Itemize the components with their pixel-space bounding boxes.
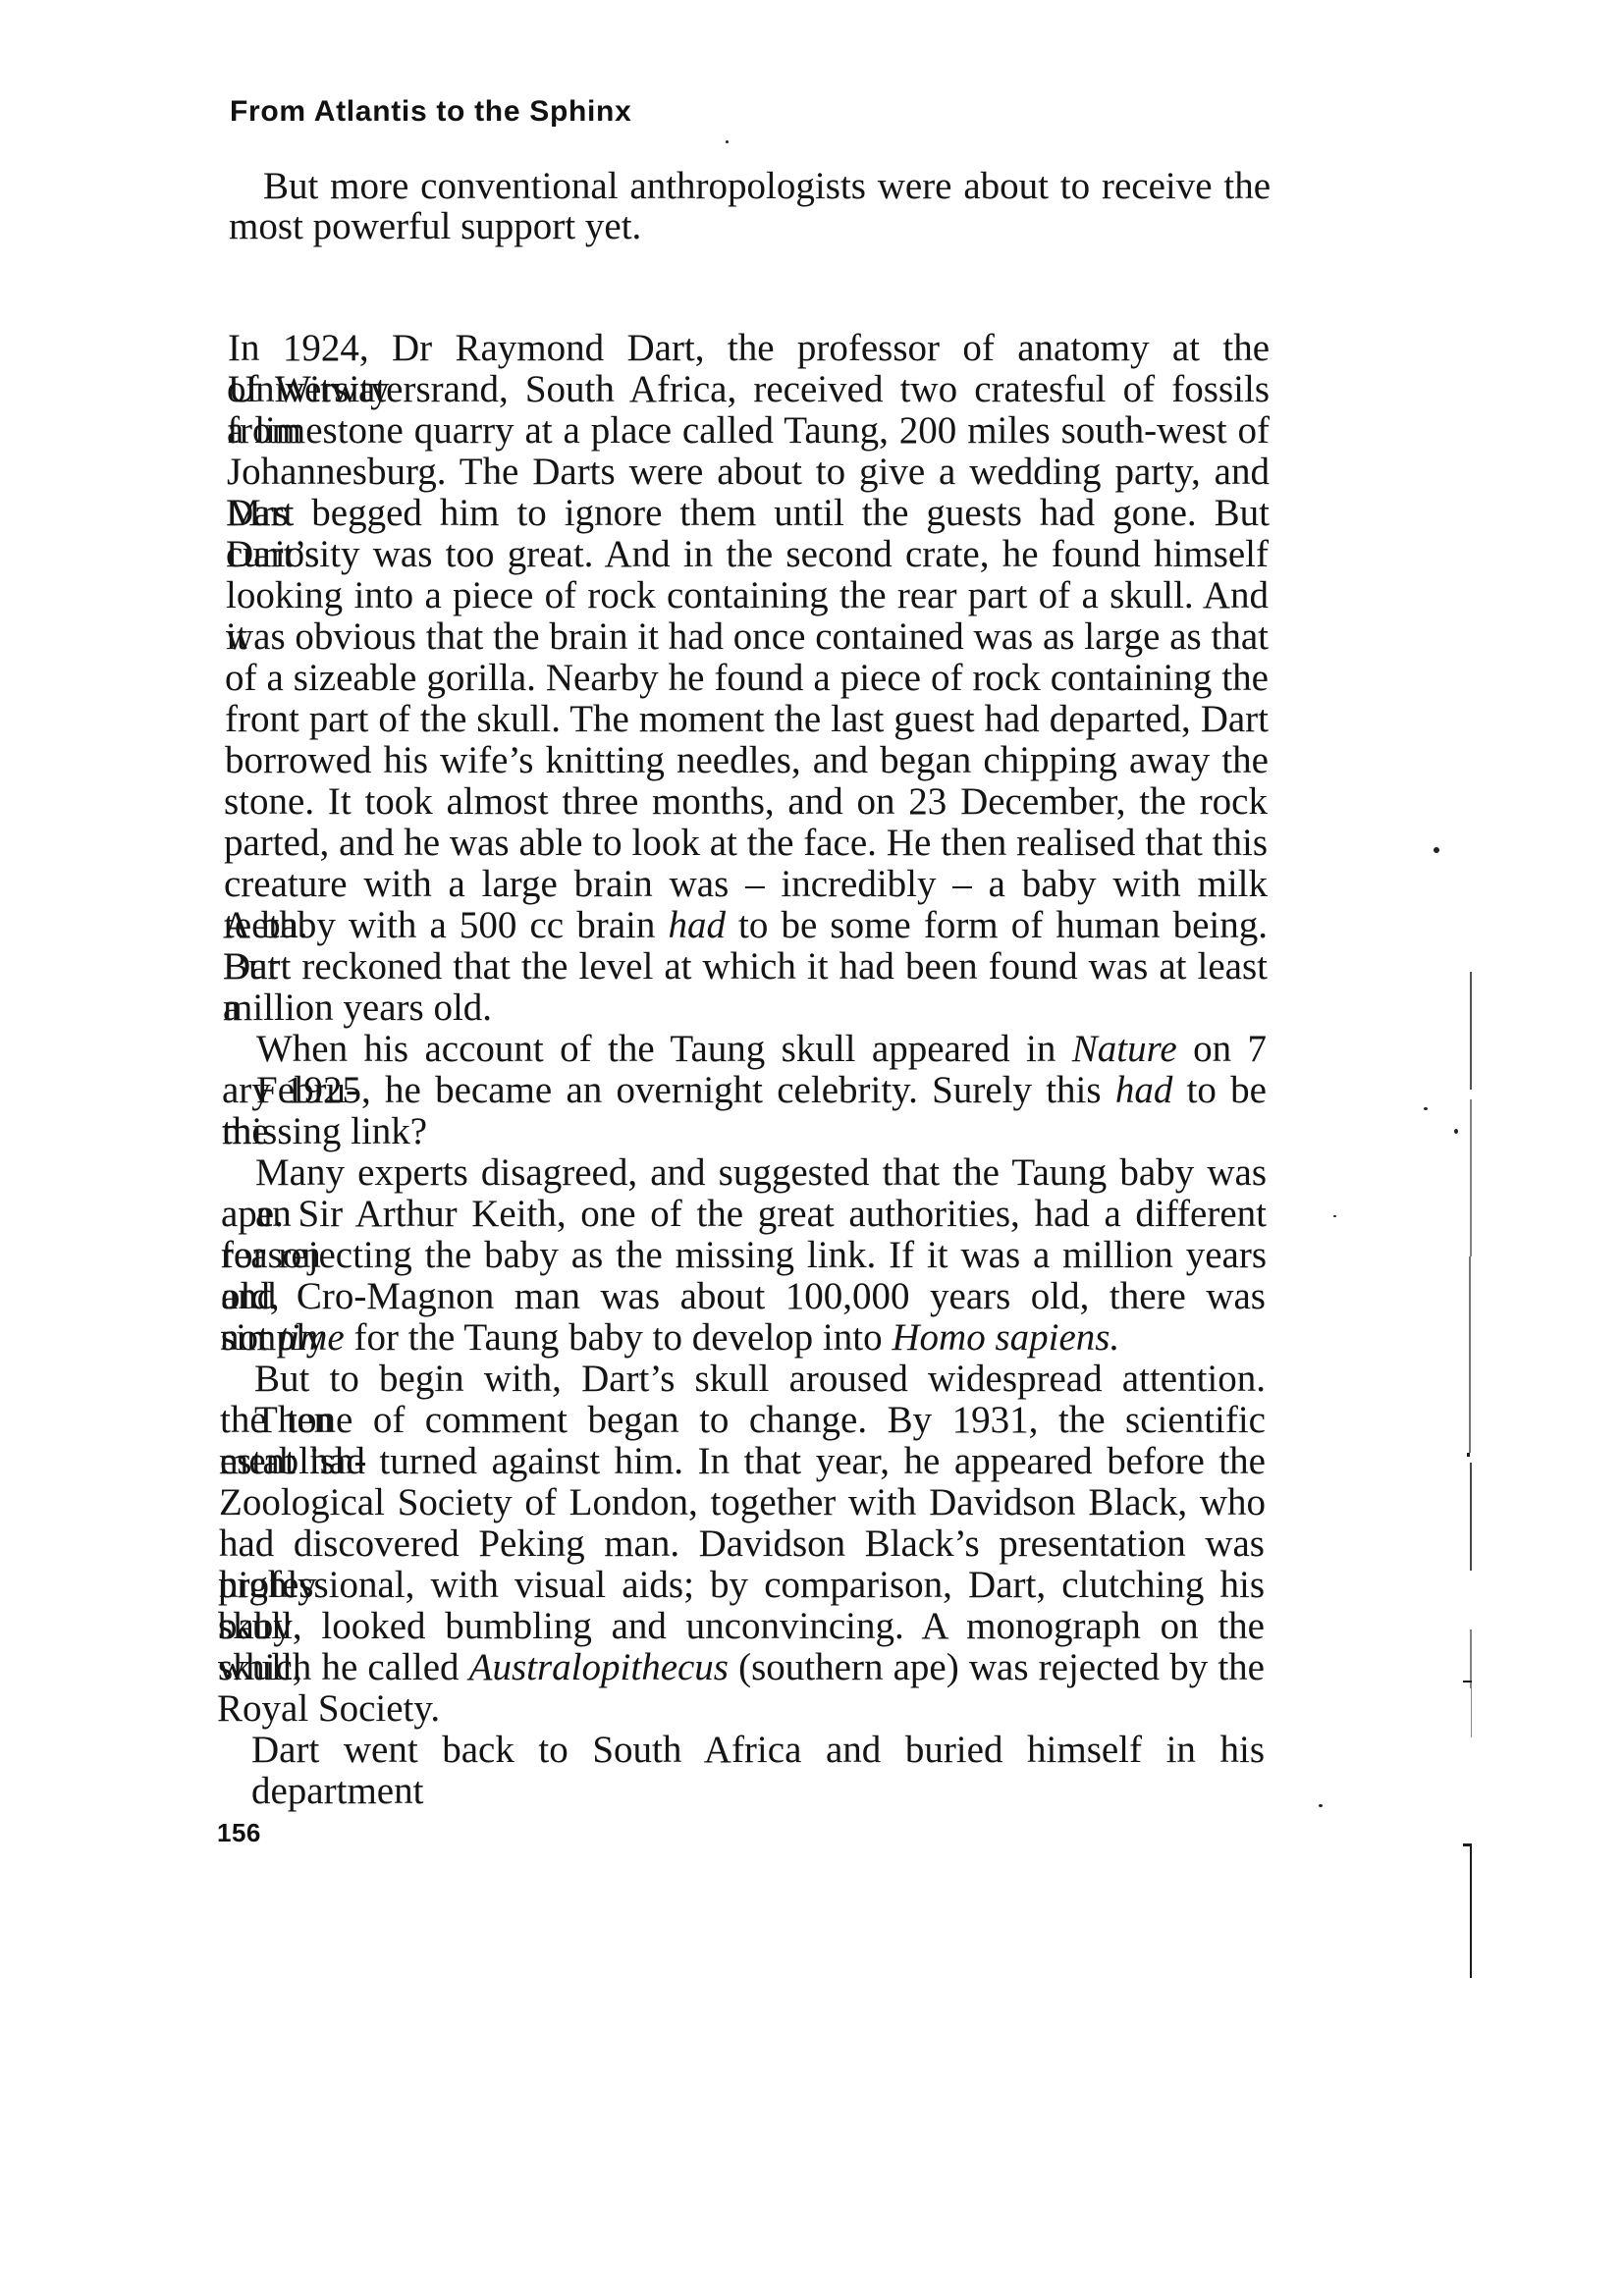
running-head: From Atlantis to the Sphinx bbox=[230, 94, 631, 130]
text-line: But to begin with, Dart’s skull aroused … bbox=[254, 1359, 1266, 1400]
text-run: of a sizeable gorilla. Nearby he found a… bbox=[225, 657, 1269, 699]
text-run: ment had turned against him. In that yea… bbox=[219, 1440, 1266, 1482]
text-line: ment had turned against him. In that yea… bbox=[219, 1441, 1266, 1482]
italic-text: Homo sapiens. bbox=[892, 1316, 1119, 1359]
scan-speck bbox=[1424, 1107, 1428, 1110]
text-line: looking into a piece of rock containing … bbox=[226, 575, 1269, 616]
text-line: But more conventional anthropologists we… bbox=[263, 166, 1271, 207]
text-line: professional, with visual aids; by compa… bbox=[218, 1565, 1265, 1606]
scan-edge-line bbox=[1470, 1629, 1472, 1688]
text-line: the tone of comment began to change. By … bbox=[220, 1400, 1266, 1441]
text-line: Johannesburg. The Darts were about to gi… bbox=[227, 452, 1270, 493]
italic-text: had bbox=[1115, 1069, 1173, 1111]
text-run: parted, and he was able to look at the f… bbox=[224, 822, 1268, 864]
text-run: million years old. bbox=[223, 987, 492, 1029]
text-run: curiosity was too great. And in the seco… bbox=[226, 533, 1269, 575]
scan-edge-line bbox=[1463, 1681, 1472, 1682]
text-line: A baby with a 500 cc brain had to be som… bbox=[223, 905, 1268, 946]
text-line: most powerful support yet. bbox=[229, 206, 1271, 247]
text-run: A baby with a 500 cc brain bbox=[223, 904, 668, 946]
text-run: But more conventional anthropologists we… bbox=[263, 165, 1271, 207]
book-page: From Atlantis to the Sphinx But more con… bbox=[0, 0, 1624, 2296]
scan-speck bbox=[1333, 1215, 1336, 1217]
text-line: curiosity was too great. And in the seco… bbox=[226, 534, 1269, 575]
text-run: (southern ape) was rejected by the bbox=[729, 1646, 1265, 1688]
scan-speck bbox=[1454, 1129, 1458, 1134]
scan-edge-line bbox=[1470, 972, 1472, 1090]
text-run: ary 1925, he became an overnight celebri… bbox=[222, 1069, 1115, 1111]
text-run: Zoological Society of London, together w… bbox=[219, 1481, 1266, 1523]
page-number: 156 bbox=[217, 1818, 261, 1847]
text-run: front part of the skull. The moment the … bbox=[225, 698, 1269, 740]
text-line: had discovered Peking man. Davidson Blac… bbox=[219, 1523, 1265, 1565]
text-line: In 1924, Dr Raymond Dart, the professor … bbox=[228, 328, 1270, 369]
text-line: front part of the skull. The moment the … bbox=[225, 699, 1269, 740]
scan-edge-line bbox=[1470, 1463, 1472, 1571]
text-line: and Cro-Magnon man was about 100,000 yea… bbox=[221, 1276, 1266, 1317]
text-run: missing link? bbox=[222, 1110, 427, 1152]
text-line: Royal Society. bbox=[217, 1688, 1265, 1730]
text-line: Zoological Society of London, together w… bbox=[219, 1482, 1266, 1523]
text-run: Dart went back to South Africa and burie… bbox=[251, 1729, 1265, 1812]
text-run: When his account of the Taung skull appe… bbox=[256, 1028, 1072, 1070]
italic-text: Nature bbox=[1072, 1028, 1177, 1070]
text-run: stone. It took almost three months, and … bbox=[224, 780, 1268, 823]
text-run: a limestone quarry at a place called Tau… bbox=[227, 409, 1270, 452]
text-run: most powerful support yet. bbox=[229, 205, 641, 247]
text-run: Royal Society. bbox=[217, 1687, 440, 1730]
italic-text: time bbox=[279, 1316, 345, 1359]
text-run: borrowed his wife’s knitting needles, an… bbox=[225, 739, 1269, 781]
scan-speck bbox=[1319, 1804, 1323, 1807]
text-line: When his account of the Taung skull appe… bbox=[256, 1029, 1267, 1070]
scan-edge-line bbox=[1470, 1099, 1472, 1256]
text-line: skull, looked bumbling and unconvincing.… bbox=[218, 1606, 1265, 1647]
text-line: of Witwatersrand, South Africa, received… bbox=[227, 369, 1270, 410]
text-line: creature with a large brain was – incred… bbox=[224, 864, 1268, 905]
text-run: for the Taung baby to develop into bbox=[345, 1316, 893, 1359]
text-line: ary 1925, he became an overnight celebri… bbox=[222, 1070, 1267, 1111]
scan-speck bbox=[1434, 847, 1439, 853]
text-line: ape. Sir Arthur Keith, one of the great … bbox=[221, 1194, 1267, 1235]
text-line: million years old. bbox=[223, 988, 1268, 1029]
text-line: stone. It took almost three months, and … bbox=[224, 781, 1268, 823]
scan-edge-line bbox=[1471, 1688, 1472, 1737]
text-line: Many experts disagreed, and suggested th… bbox=[255, 1152, 1267, 1194]
scan-edge-line bbox=[1470, 1843, 1472, 1978]
text-line: Dart went back to South Africa and burie… bbox=[251, 1730, 1265, 1771]
text-line: borrowed his wife’s knitting needles, an… bbox=[225, 740, 1269, 781]
text-run: was obvious that the brain it had once c… bbox=[226, 615, 1269, 658]
italic-text: Australopithecus bbox=[469, 1646, 729, 1688]
scan-speck bbox=[726, 140, 729, 143]
scan-edge-line bbox=[1469, 1256, 1471, 1453]
text-line: parted, and he was able to look at the f… bbox=[224, 823, 1268, 864]
scan-edge-line bbox=[1467, 1453, 1470, 1457]
text-line: of a sizeable gorilla. Nearby he found a… bbox=[225, 658, 1269, 699]
text-run: which he called bbox=[218, 1646, 469, 1688]
text-line: missing link? bbox=[222, 1111, 1267, 1152]
text-line: was obvious that the brain it had once c… bbox=[226, 616, 1269, 658]
italic-text: had bbox=[668, 904, 726, 946]
text-line: for rejecting the baby as the missing li… bbox=[221, 1235, 1267, 1276]
text-run: not bbox=[220, 1316, 279, 1359]
text-line: a limestone quarry at a place called Tau… bbox=[227, 410, 1270, 452]
text-line: which he called Australopithecus (southe… bbox=[218, 1647, 1265, 1688]
text-line: Dart reckoned that the level at which it… bbox=[223, 946, 1268, 988]
text-line: not time for the Taung baby to develop i… bbox=[220, 1317, 1266, 1359]
text-line: Dart begged him to ignore them until the… bbox=[226, 493, 1270, 534]
